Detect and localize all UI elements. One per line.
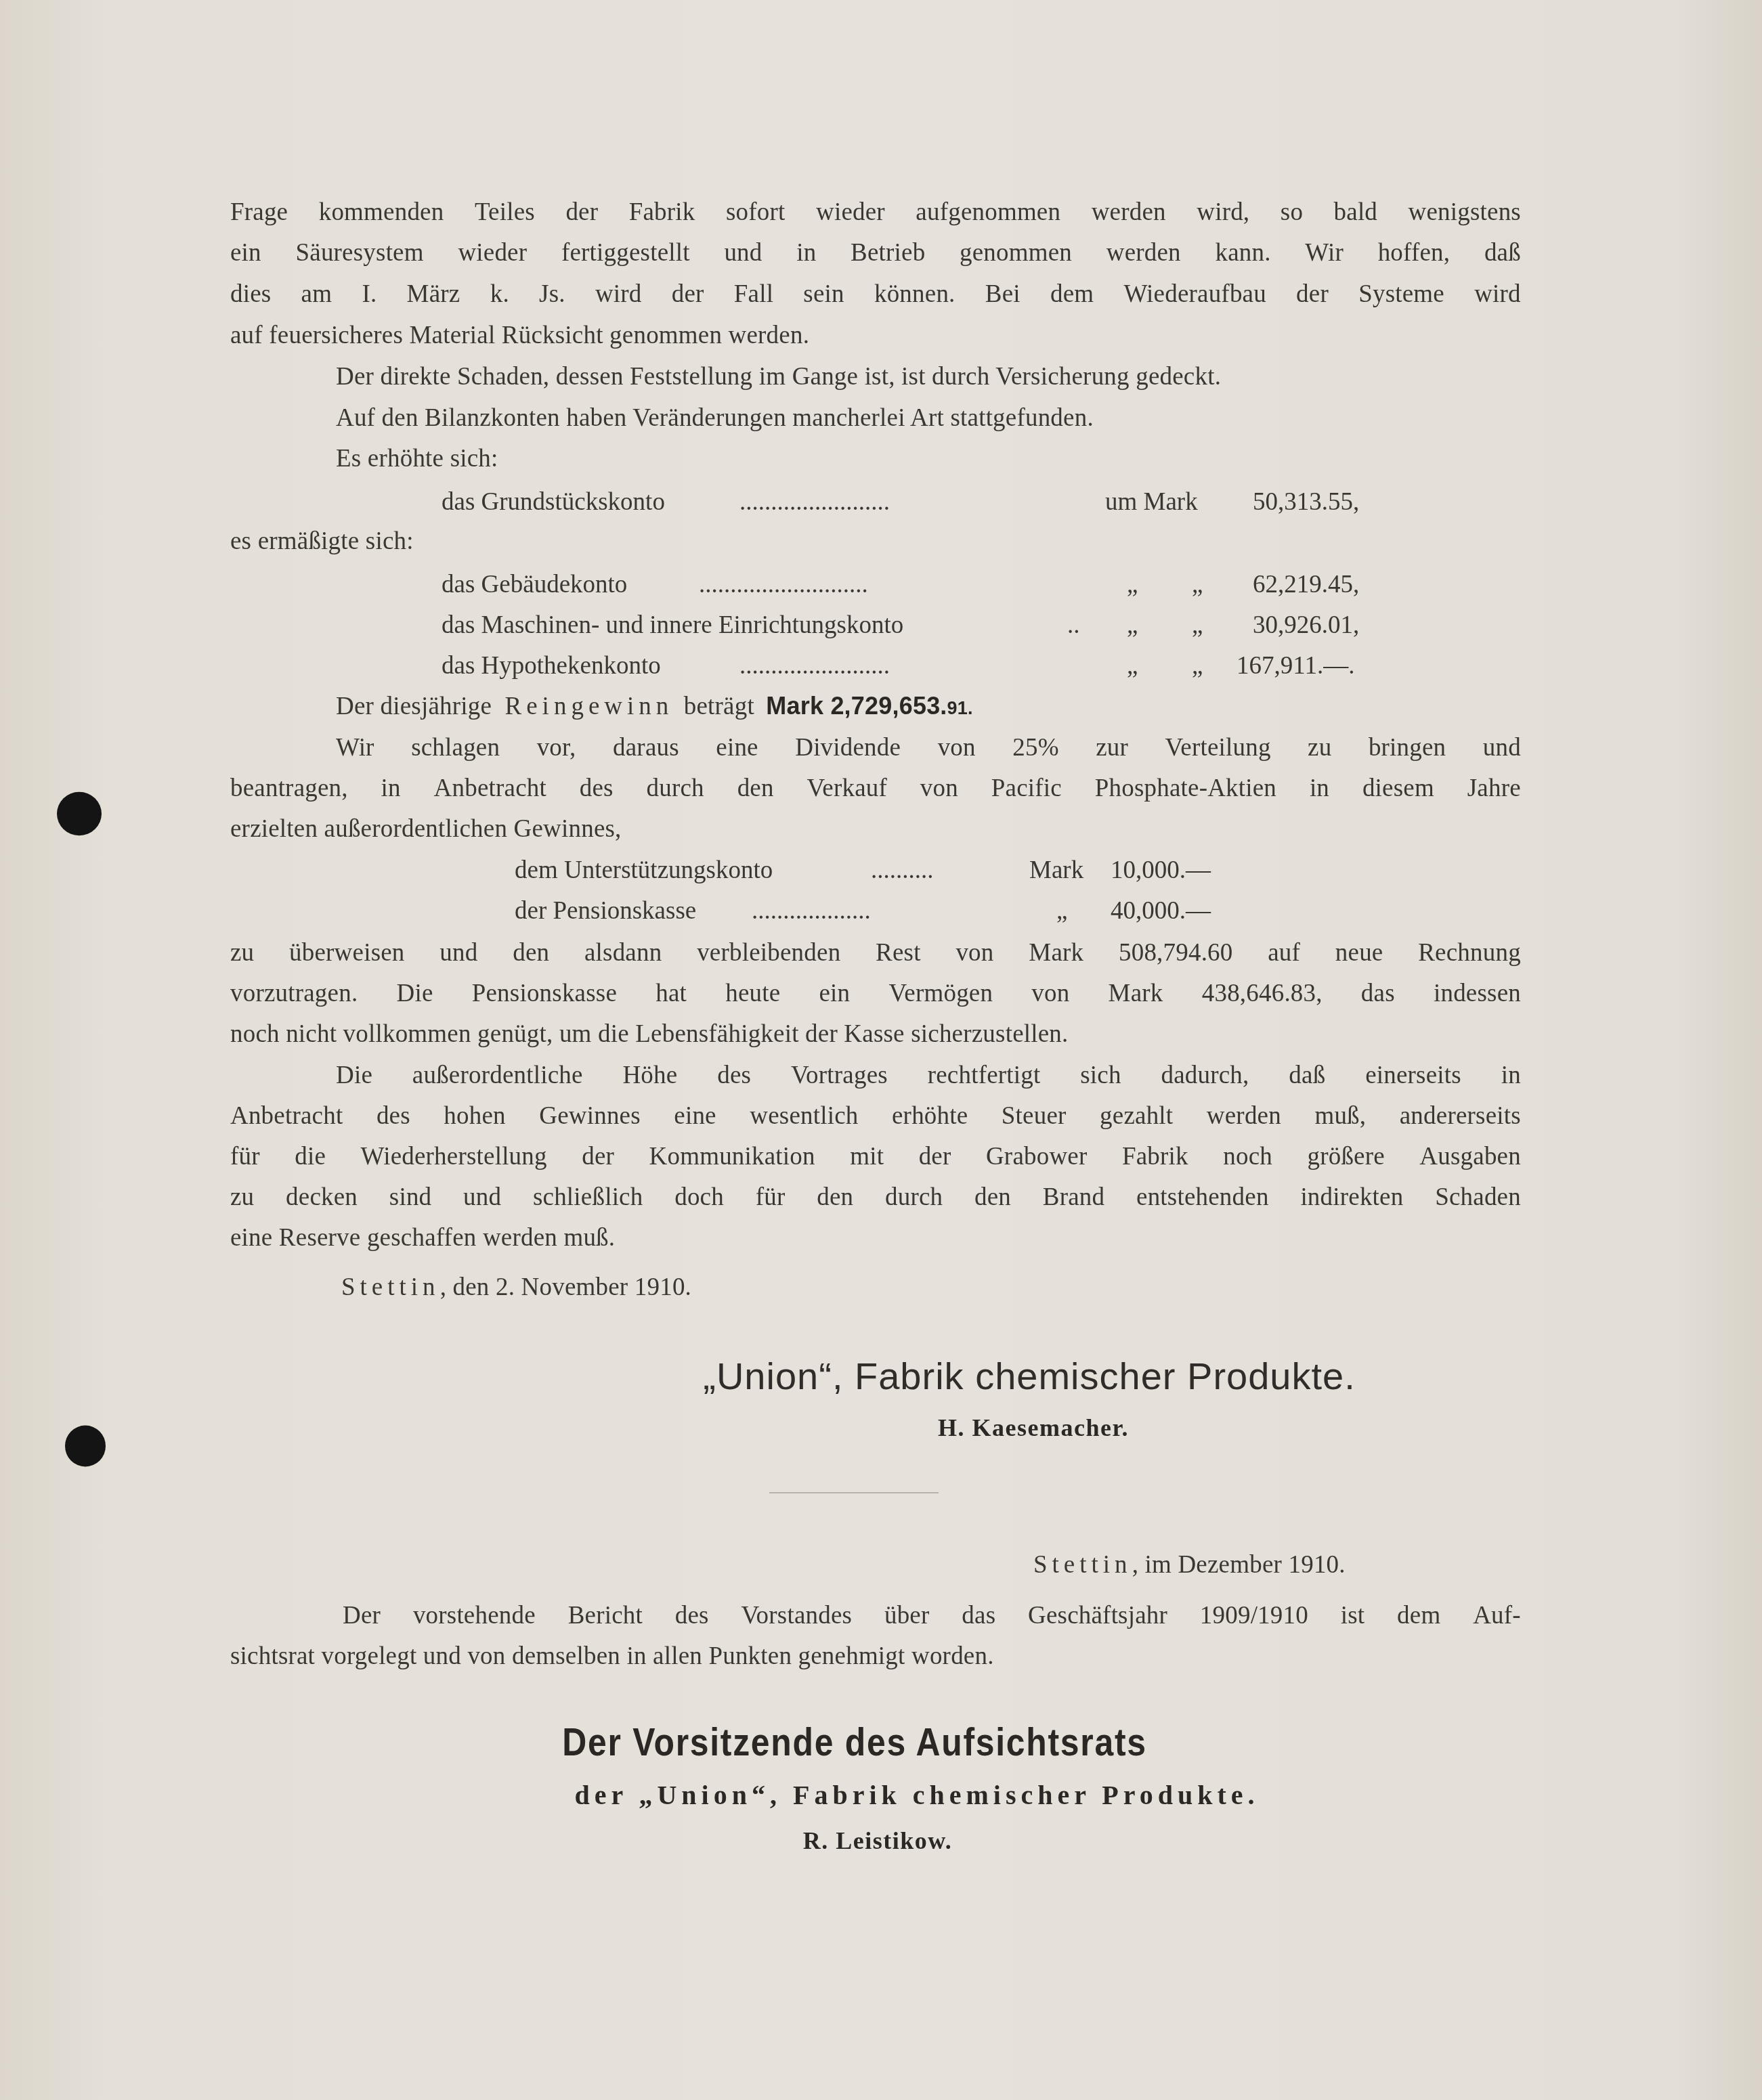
paragraph-7-line-1: DervorstehendeBerichtdesVorstandesüberda… [343, 1601, 1521, 1630]
punch-hole-bottom [65, 1426, 106, 1467]
date-rest: , den 2. November 1910. [440, 1273, 691, 1301]
paragraph-1-line-3: diesamI.Märzk.Js.wirdderFallseinkönnen.B… [230, 280, 1521, 309]
company-name-signature: „Union“, Fabrik chemischer Produkte. [703, 1354, 1355, 1398]
document-page: FragekommendenTeilesderFabriksofortwiede… [0, 0, 1762, 2100]
date-line-dezember: Stettin, im Dezember 1910. [1033, 1550, 1346, 1579]
paragraph-5-line-1: zuüberweisenunddenalsdannverbleibendenRe… [230, 938, 1521, 967]
signatory-leistikow: R. Leistikow. [803, 1826, 953, 1855]
item-label: das Grundstückskonto [442, 487, 665, 517]
profit-prefix: Der diesjährige [336, 693, 492, 720]
paragraph-7-line-2: sichtsrat vorgelegt und von demselben in… [230, 1642, 994, 1671]
item-ditto-1: „ [1127, 651, 1138, 680]
item-ditto-2: „ [1192, 611, 1203, 640]
paragraph-1-line-2: einSäuresystemwiederfertiggestelltundinB… [230, 238, 1521, 267]
profit-verb: beträgt [684, 693, 754, 720]
item-unit: um Mark [1105, 487, 1198, 517]
item-value: 10,000.— [1111, 856, 1211, 885]
paragraph-4-line-2: beantragen,inAnbetrachtdesdurchdenVerkau… [230, 774, 1521, 803]
paragraph-1-line-4: auf feuersicheres Material Rücksicht gen… [230, 321, 809, 350]
paragraph-6-line-5: eine Reserve geschaffen werden muß. [230, 1223, 615, 1252]
item-value: 30,926.01, [1253, 611, 1359, 640]
profit-spaced-word: Reingewinn [505, 693, 674, 720]
item-leader-dots: ........................ [739, 651, 890, 680]
item-ditto-2: „ [1192, 570, 1203, 599]
item-value: 167,911.—. [1237, 651, 1354, 680]
paragraph-6-line-4: zudeckensindundschließlichdochfürdendurc… [230, 1183, 1521, 1212]
item-leader-dots: ........................... [699, 570, 868, 599]
paragraph-1-line-1: FragekommendenTeilesderFabriksofortwiede… [230, 198, 1521, 227]
paragraph-2: Der direkte Schaden, dessen Feststellung… [336, 362, 1221, 391]
paragraph-6-line-3: fürdieWiederherstellungderKommunikationm… [230, 1142, 1521, 1171]
item-unit: „ [1056, 896, 1067, 925]
item-value: 62,219.45, [1253, 570, 1359, 599]
date-line-november: Stettin, den 2. November 1910. [341, 1273, 691, 1302]
paragraph-4-line-3: erzielten außerordentlichen Gewinnes, [230, 814, 622, 844]
section-divider [769, 1492, 939, 1493]
punch-hole-top [57, 792, 102, 836]
decrease-item-gebaeude: das Gebäudekonto .......................… [0, 570, 1762, 601]
paragraph-5-line-3: noch nicht vollkommen genügt, um die Leb… [230, 1020, 1069, 1049]
supervisory-board-company: der „Union“, Fabrik chemischer Produkte. [574, 1779, 1259, 1811]
date-rest: , im Dezember 1910. [1132, 1551, 1346, 1579]
paragraph-5-line-2: vorzutragen.DiePensionskassehatheuteeinV… [230, 979, 1521, 1008]
transfer-item-pensionskasse: der Pensionskasse ................... „ … [0, 896, 1762, 927]
net-profit-line: Der diesjährige Reingewinn beträgt Mark … [336, 692, 973, 721]
decrease-heading: es ermäßigte sich: [230, 527, 414, 556]
item-leader-dots: ................... [752, 896, 871, 925]
transfer-item-unterstuetzung: dem Unterstützungskonto .......... Mark … [0, 856, 1762, 887]
item-value: 40,000.— [1111, 896, 1211, 925]
item-leader-dots: .. [1067, 611, 1080, 640]
item-leader-dots: ........................ [739, 487, 890, 517]
signatory-kaesemacher: H. Kaesemacher. [938, 1414, 1129, 1442]
decrease-item-hypotheken: das Hypothekenkonto ....................… [0, 651, 1762, 682]
decrease-item-maschinen: das Maschinen- und innere Einrichtungsko… [0, 611, 1762, 642]
date-city: Stettin [341, 1273, 440, 1301]
item-unit: Mark [1029, 856, 1083, 885]
paragraph-6-line-2: AnbetrachtdeshohenGewinneseinewesentlich… [230, 1101, 1521, 1131]
paragraph-4-line-1: Wirschlagenvor,darauseineDividendevon25%… [336, 733, 1521, 762]
increase-item-grundstueck: das Grundstückskonto ...................… [0, 487, 1762, 519]
item-ditto-2: „ [1192, 651, 1203, 680]
item-leader-dots: .......... [871, 856, 934, 885]
item-label: der Pensionskasse [515, 896, 696, 925]
item-label: das Gebäudekonto [442, 570, 627, 599]
profit-amount-cents: 91. [947, 698, 973, 718]
item-label: das Maschinen- und innere Einrichtungsko… [442, 611, 903, 640]
profit-amount: Mark 2,729,653. [766, 692, 947, 720]
increase-heading: Es erhöhte sich: [336, 444, 498, 473]
paragraph-3: Auf den Bilanzkonten haben Veränderungen… [336, 403, 1094, 433]
item-label: das Hypothekenkonto [442, 651, 661, 680]
item-ditto-1: „ [1127, 611, 1138, 640]
date-city: Stettin [1033, 1551, 1132, 1579]
supervisory-board-chair-title: Der Vorsitzende des Aufsichtsrats [562, 1720, 1146, 1765]
item-label: dem Unterstützungskonto [515, 856, 773, 885]
paragraph-6-line-1: DieaußerordentlicheHöhedesVortragesrecht… [336, 1061, 1521, 1090]
item-value: 50,313.55, [1253, 487, 1359, 517]
item-ditto-1: „ [1127, 570, 1138, 599]
